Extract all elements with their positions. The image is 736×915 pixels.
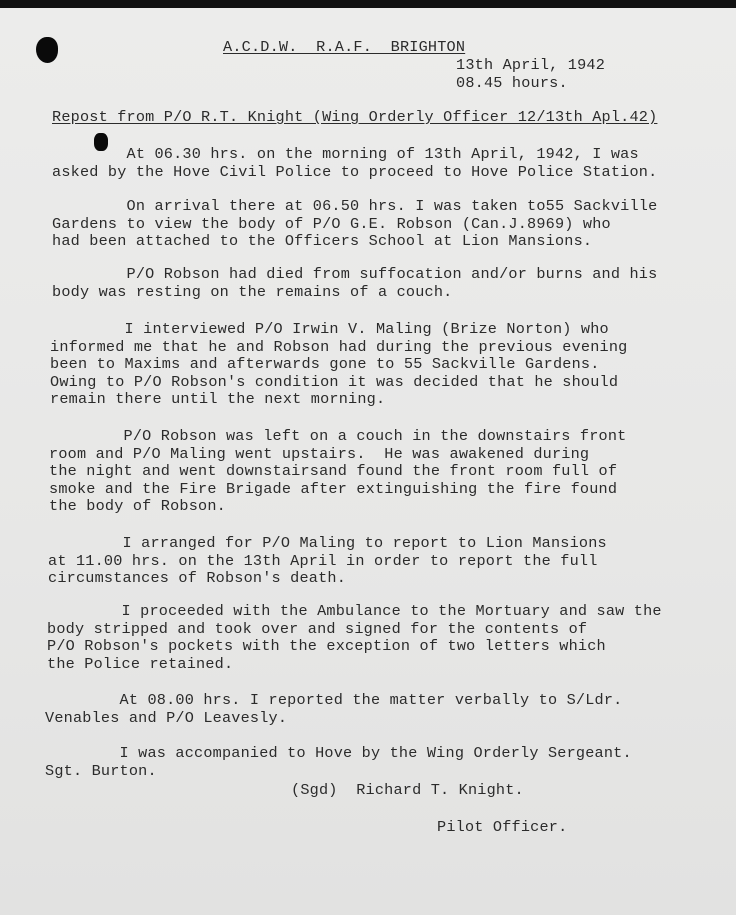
paragraph-line: I proceeded with the Ambulance to the Mo… <box>47 603 662 620</box>
paragraph-line: At 06.30 hrs. on the morning of 13th Apr… <box>52 146 639 163</box>
signatory-rank: Pilot Officer. <box>437 819 567 836</box>
paragraph-line: P/O Robson had died from suffocation and… <box>52 266 657 283</box>
paragraph-line: Sgt. Burton. <box>45 763 157 780</box>
report-time: 08.45 hours. <box>456 75 568 92</box>
paragraph-line: smoke and the Fire Brigade after extingu… <box>49 481 617 498</box>
paragraph-line: had been attached to the Officers School… <box>52 233 592 250</box>
paragraph-line: At 08.00 hrs. I reported the matter verb… <box>45 692 622 709</box>
paragraph-line: informed me that he and Robson had durin… <box>50 339 627 356</box>
paragraph-line: circumstances of Robson's death. <box>48 570 346 587</box>
report-title: Repost from P/O R.T. Knight (Wing Orderl… <box>52 109 657 126</box>
paragraph-line: the night and went downstairsand found t… <box>49 463 617 480</box>
paragraph-line: the Police retained. <box>47 656 233 673</box>
paragraph-line: Gardens to view the body of P/O G.E. Rob… <box>52 216 611 233</box>
paragraph-line: room and P/O Maling went upstairs. He wa… <box>49 446 589 463</box>
paragraph-line: P/O Robson's pockets with the exception … <box>47 638 606 655</box>
unit-heading: A.C.D.W. R.A.F. BRIGHTON <box>223 39 465 56</box>
ink-blot <box>36 37 58 63</box>
paragraph-line: the body of Robson. <box>49 498 226 515</box>
paragraph-line: body stripped and took over and signed f… <box>47 621 587 638</box>
paragraph-line: On arrival there at 06.50 hrs. I was tak… <box>52 198 657 215</box>
paragraph-line: remain there until the next morning. <box>50 391 385 408</box>
paragraph-line: I was accompanied to Hove by the Wing Or… <box>45 745 632 762</box>
paragraph-line: P/O Robson was left on a couch in the do… <box>49 428 626 445</box>
paragraph-line: I arranged for P/O Maling to report to L… <box>48 535 607 552</box>
paragraph-line: body was resting on the remains of a cou… <box>52 284 453 301</box>
paragraph-line: Venables and P/O Leavesly. <box>45 710 287 727</box>
top-border <box>0 0 736 8</box>
paragraph-line: at 11.00 hrs. on the 13th April in order… <box>48 553 598 570</box>
report-date: 13th April, 1942 <box>456 57 605 74</box>
paragraph-line: Owing to P/O Robson's condition it was d… <box>50 374 618 391</box>
paragraph-line: asked by the Hove Civil Police to procee… <box>52 164 657 181</box>
signature: (Sgd) Richard T. Knight. <box>291 782 524 799</box>
paragraph-line: I interviewed P/O Irwin V. Maling (Brize… <box>50 321 609 338</box>
document-page: A.C.D.W. R.A.F. BRIGHTON 13th April, 194… <box>0 8 736 915</box>
paragraph-line: been to Maxims and afterwards gone to 55… <box>50 356 600 373</box>
